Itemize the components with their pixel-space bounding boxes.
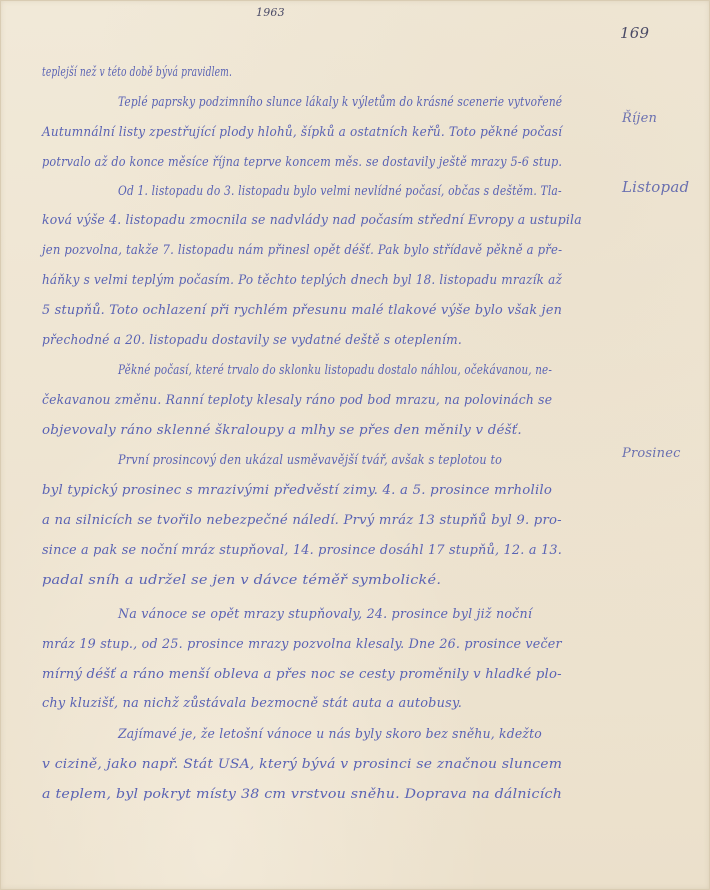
year-heading: 1963 (256, 6, 285, 19)
text-line: První prosincový den ukázal usměvavější … (118, 452, 502, 467)
margin-note-rijen: Říjen (622, 111, 657, 126)
text-line: potrvalo až do konce měsíce října teprve… (42, 154, 562, 169)
margin-note-listopad: Listopad (622, 178, 689, 196)
text-line: byl typický prosinec s mrazivými předvěs… (42, 482, 552, 497)
text-line: 5 stupňů. Toto ochlazení při rychlém pře… (42, 302, 562, 317)
manuscript-page: 1963 169 Říjen Listopad Prosinec teplejš… (0, 0, 710, 890)
text-line: háňky s velmi teplým počasím. Po těchto … (42, 272, 562, 287)
text-line: mírný déšť a ráno menší obleva a přes no… (42, 666, 562, 681)
margin-note-prosinec: Prosinec (622, 446, 681, 461)
text-line: Autumnální listy zpestřující plody hlohů… (42, 124, 562, 139)
text-line: čekavanou změnu. Ranní teploty klesaly r… (42, 392, 552, 407)
text-line: since a pak se noční mráz stupňoval, 14.… (42, 542, 562, 557)
text-line: Teplé paprsky podzimního slunce lákaly k… (118, 94, 562, 109)
text-line: v cizině, jako např. Stát USA, který býv… (42, 756, 562, 771)
text-line: teplejší než v této době bývá pravidlem. (42, 64, 232, 79)
text-line: Od 1. listopadu do 3. listopadu bylo vel… (118, 183, 562, 198)
text-line: ková výše 4. listopadu zmocnila se nadvl… (42, 212, 582, 227)
text-line: přechodné a 20. listopadu dostavily se v… (42, 332, 462, 347)
text-line: objevovaly ráno sklenné škraloupy a mlhy… (42, 422, 522, 437)
text-line: chy kluzišť, na nichž zůstávala bezmocně… (42, 695, 462, 710)
text-line: padal sníh a udržel se jen v dávce téměř… (42, 572, 441, 587)
text-line: a na silnicích se tvořilo nebezpečné nál… (42, 512, 562, 527)
text-line: jen pozvolna, takže 7. listopadu nám při… (42, 242, 562, 257)
text-line: mráz 19 stup., od 25. prosince mrazy poz… (42, 636, 562, 651)
text-line: Zajímavé je, že letošní vánoce u nás byl… (118, 726, 542, 741)
text-line: Na vánoce se opět mrazy stupňovaly, 24. … (118, 606, 532, 621)
page-number: 169 (620, 24, 649, 42)
text-line: Pěkné počasí, které trvalo do sklonku li… (118, 362, 552, 377)
text-line: a teplem, byl pokryt místy 38 cm vrstvou… (42, 786, 562, 801)
